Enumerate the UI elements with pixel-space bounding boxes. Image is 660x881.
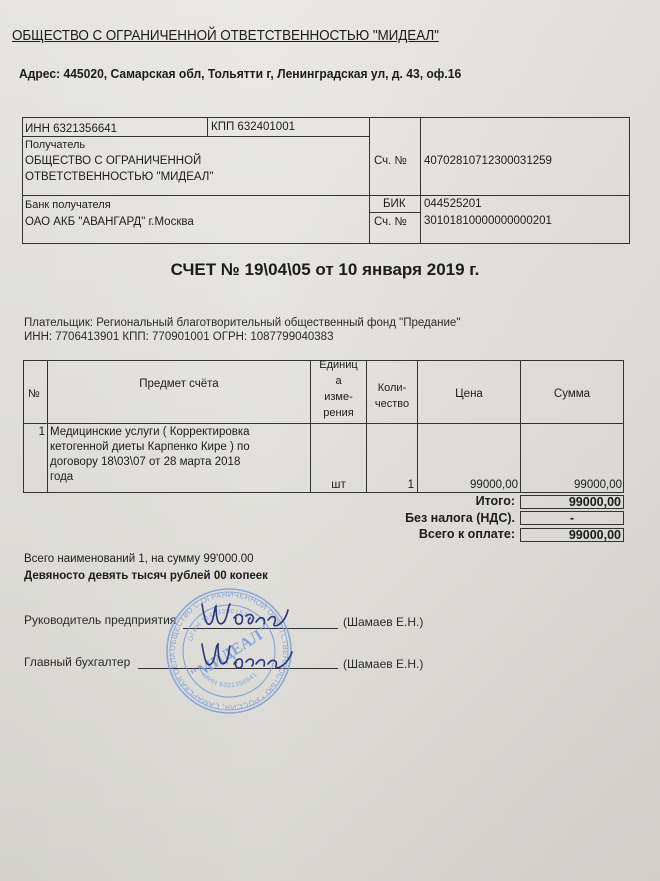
total-value: 99000,00 [520, 495, 624, 509]
recipient-name-line2: ОТВЕТСТВЕННОСТЬЮ "МИДЕАЛ" [25, 170, 213, 184]
recipient-name-line1: ОБЩЕСТВО С ОГРАНИЧЕННОЙ [25, 154, 201, 168]
director-signature-icon [194, 596, 294, 636]
divider [207, 118, 208, 136]
director-label: Руководитель предприятия [24, 613, 176, 627]
account-label: Сч. № [374, 154, 407, 168]
bik-value: 044525201 [424, 197, 482, 211]
recipient-kpp: КПП 632401001 [211, 120, 295, 134]
bank-label: Банк получателя [25, 198, 111, 212]
company-title: ОБЩЕСТВО С ОГРАНИЧЕННОЙ ОТВЕТСТВЕННОСТЬЮ… [12, 28, 439, 44]
corr-account-label: Сч. № [374, 215, 407, 229]
payer-info: Плательщик: Региональный благотворительн… [24, 316, 460, 344]
row-subject-l1: Медицинские услуги ( Корректировка [50, 425, 250, 440]
payer-ids: ИНН: 7706413901 КПП: 770901001 ОГРН: 108… [24, 330, 460, 344]
col-header-sum: Сумма [521, 387, 623, 401]
bank-name: ОАО АКБ "АВАНГАРД" г.Москва [25, 215, 194, 229]
accountant-label: Главный бухгалтер [24, 655, 130, 669]
col-header-number: № [28, 387, 40, 401]
row-price: 99000,00 [418, 478, 518, 492]
row-unit: шт [311, 478, 366, 492]
recipient-inn: ИНН 6321356641 [25, 122, 117, 136]
total-due-value: 99000,00 [520, 528, 624, 542]
col-header-unit-l4: рения [311, 405, 366, 421]
row-qty: 1 [367, 478, 414, 492]
col-header-qty: Коли- чество [367, 380, 417, 412]
row-subject-l3: договору 18\03\07 от 28 марта 2018 [50, 455, 250, 470]
company-address: Адрес: 445020, Самарская обл, Тольятти г… [19, 66, 461, 81]
row-subject: Медицинские услуги ( Корректировка кетог… [50, 425, 250, 485]
row-subject-l2: кетогенной диеты Карпенко Кире ) по [50, 440, 250, 455]
row-subject-l4: года [50, 470, 250, 485]
divider [23, 195, 629, 196]
col-header-qty-l2: чество [367, 396, 417, 412]
divider [23, 136, 369, 137]
divider [420, 118, 421, 243]
recipient-label: Получатель [25, 138, 85, 152]
col-header-price: Цена [418, 387, 520, 401]
payer-name: Плательщик: Региональный благотворительн… [24, 316, 460, 330]
items-table: № Предмет счёта Единиц а изме- рения Кол… [23, 360, 624, 493]
corr-account-number: 30101810000000000201 [424, 214, 552, 228]
col-header-unit-l3: изме- [311, 389, 366, 405]
divider [369, 212, 420, 213]
divider [369, 118, 370, 243]
items-summary: Всего наименований 1, на сумму 99'000.00 [24, 553, 253, 565]
bank-details-table: ИНН 6321356641 КПП 632401001 Получатель … [22, 117, 630, 244]
account-number: 40702810712300031259 [424, 154, 552, 168]
divider [24, 423, 623, 424]
row-number: 1 [24, 425, 45, 439]
row-sum: 99000,00 [521, 478, 622, 492]
vat-value: - [520, 511, 624, 525]
director-name: (Шамаев Е.Н.) [343, 615, 423, 629]
vat-label: Без налога (НДС). [405, 511, 515, 525]
divider [520, 361, 521, 492]
col-header-unit: Единиц а изме- рения [311, 357, 366, 421]
col-header-qty-l1: Коли- [367, 380, 417, 396]
invoice-title: СЧЕТ № 19\04\05 от 10 января 2019 г. [0, 260, 650, 280]
col-header-unit-l1: Единиц [311, 357, 366, 373]
total-due-label: Всего к оплате: [419, 527, 515, 541]
col-header-unit-l2: а [311, 373, 366, 389]
accountant-signature-icon [196, 636, 300, 676]
bik-label: БИК [383, 197, 406, 211]
divider [417, 361, 418, 492]
amount-in-words: Девяносто девять тысяч рублей 00 копеек [24, 570, 268, 582]
col-header-subject: Предмет счёта [48, 377, 310, 391]
accountant-name: (Шамаев Е.Н.) [343, 657, 423, 671]
total-label: Итого: [476, 494, 515, 508]
